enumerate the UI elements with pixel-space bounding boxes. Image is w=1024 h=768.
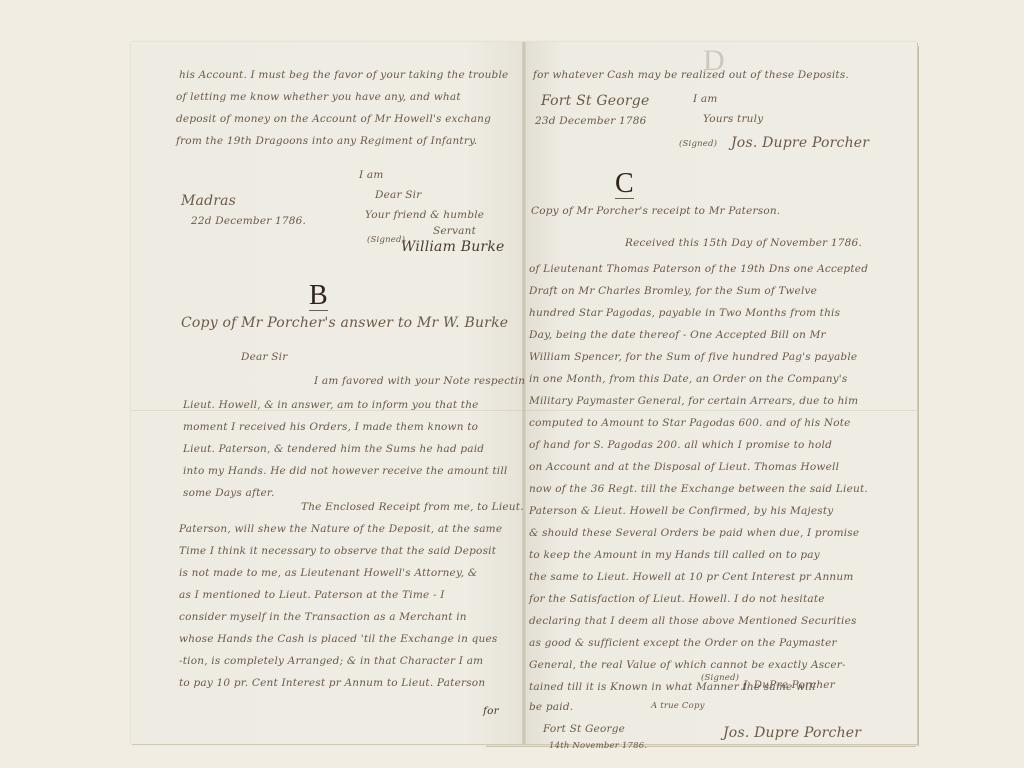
text-line: Draft on Mr Charles Bromley, for the Sum…	[529, 286, 817, 297]
place: Madras	[181, 194, 236, 208]
text-line: hundred Star Pagodas, payable in Two Mon…	[529, 308, 840, 319]
text-line: of letting me know whether you have any,…	[176, 92, 461, 103]
text-line: -tion, is completely Arranged; & in that…	[179, 656, 483, 667]
text-line: the same to Lieut. Howell at 10 pr Cent …	[529, 572, 854, 583]
text-line: Day, being the date thereof - One Accept…	[529, 330, 826, 341]
closing-i-am: I am	[693, 94, 718, 105]
text-line: for whatever Cash may be realized out of…	[533, 70, 849, 81]
received-line: Received this 15th Day of November 1786.	[625, 238, 862, 249]
section-heading: Copy of Mr Porcher's answer to Mr W. Bur…	[181, 316, 508, 330]
text-line: I am favored with your Note respectin	[314, 376, 525, 387]
closing-line: Your friend & humble	[365, 210, 484, 221]
closing-servant: Servant	[433, 226, 476, 237]
text-line: now of the 36 Regt. till the Exchange be…	[529, 484, 868, 495]
text-line: some Days after.	[183, 488, 275, 499]
text-line: Lieut. Paterson, & tendered him the Sums…	[183, 444, 484, 455]
text-line: as I mentioned to Lieut. Paterson at the…	[179, 590, 445, 601]
text-line: General, the real Value of which cannot …	[529, 660, 846, 671]
text-line: to keep the Amount in my Hands till call…	[529, 550, 820, 561]
catchword: for	[483, 706, 499, 717]
text-line: Paterson & Lieut. Howell be Confirmed, b…	[529, 506, 833, 517]
text-line: deposit of money on the Account of Mr Ho…	[176, 114, 491, 125]
signed-label: (Signed)	[701, 674, 739, 683]
text-line: William Spencer, for the Sum of five hun…	[529, 352, 857, 363]
text-line: into my Hands. He did not however receiv…	[183, 466, 507, 477]
text-line: as good & sufficient except the Order on…	[529, 638, 837, 649]
text-line: his Account. I must beg the favor of you…	[179, 70, 508, 81]
closing-salutation: Dear Sir	[375, 190, 421, 201]
section-mark-b: B	[309, 282, 328, 311]
signed-name: J. DuPre Porcher	[743, 680, 835, 691]
text-line: is not made to me, as Lieutenant Howell'…	[179, 568, 477, 579]
closing-line: Yours truly	[703, 114, 763, 125]
signature: Jos. Dupre Porcher	[723, 726, 861, 740]
text-line: on Account and at the Disposal of Lieut.…	[529, 462, 839, 473]
text-line: in one Month, from this Date, an Order o…	[529, 374, 847, 385]
text-line: for the Satisfaction of Lieut. Howell. I…	[529, 594, 825, 605]
text-line: of hand for S. Pagodas 200. all which I …	[529, 440, 832, 451]
text-line: & should these Several Orders be paid wh…	[529, 528, 859, 539]
closing-i-am: I am	[359, 170, 384, 181]
text-line: to pay 10 pr. Cent Interest pr Annum to …	[179, 678, 485, 689]
text-line: of Lieutenant Thomas Paterson of the 19t…	[529, 264, 868, 275]
text-line: Lieut. Howell, & in answer, am to inform…	[183, 400, 479, 411]
place: Fort St George	[541, 94, 649, 108]
text-line: declaring that I deem all those above Me…	[529, 616, 857, 627]
text-line: Military Paymaster General, for certain …	[529, 396, 858, 407]
salutation: Dear Sir	[241, 352, 287, 363]
text-line: consider myself in the Transaction as a …	[179, 612, 467, 623]
section-heading: Copy of Mr Porcher's receipt to Mr Pater…	[531, 206, 780, 217]
text-line: be paid.	[529, 702, 573, 713]
text-line: moment I received his Orders, I made the…	[183, 422, 478, 433]
signature: William Burke	[401, 240, 505, 254]
signed-label: (Signed)	[367, 236, 405, 245]
text-line: computed to Amount to Star Pagodas 600. …	[529, 418, 851, 429]
text-line: Time I think it necessary to observe tha…	[179, 546, 496, 557]
signed-label: (Signed)	[679, 140, 717, 149]
text-line: from the 19th Dragoons into any Regiment…	[176, 136, 477, 147]
date: 14th November 1786.	[549, 742, 647, 751]
date: 22d December 1786.	[191, 216, 306, 227]
signature: Jos. Dupre Porcher	[731, 136, 869, 150]
center-fold	[522, 42, 526, 744]
text-line: The Enclosed Receipt from me, to Lieut.	[301, 502, 524, 513]
true-copy-note: A true Copy	[651, 702, 705, 711]
text-line: whose Hands the Cash is placed 'til the …	[179, 634, 498, 645]
section-mark-c: C	[615, 170, 634, 199]
manuscript-spread: his Account. I must beg the favor of you…	[131, 42, 917, 744]
place: Fort St George	[543, 724, 625, 735]
date: 23d December 1786	[535, 116, 647, 127]
text-line: Paterson, will shew the Nature of the De…	[179, 524, 502, 535]
